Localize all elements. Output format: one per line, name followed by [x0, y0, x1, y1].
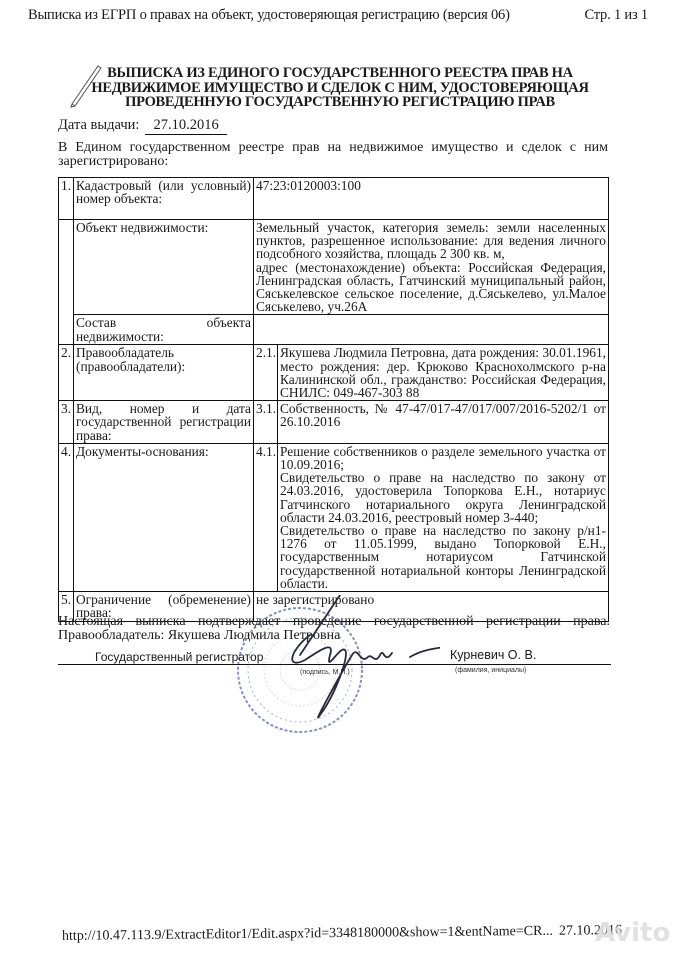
row-subnumber: 4.1. [254, 443, 278, 591]
basis-document-1: Решение собственников о разделе земельно… [280, 444, 606, 472]
row-label: Правообладатель (правообладатели): [74, 345, 254, 401]
issue-date: Дата выдачи:27.10.2016 [58, 117, 227, 135]
registrar-label: Государственный регистратор [95, 650, 263, 664]
table-row: Объект недвижимости: Земельный участок, … [59, 220, 609, 315]
name-caption: (фамилия, инициалы) [455, 667, 526, 674]
row-label: Кадастровый (или условный) номер объекта… [74, 178, 254, 220]
issue-date-label: Дата выдачи: [58, 117, 139, 133]
intro-text: В Едином государственном реестре прав на… [58, 141, 608, 169]
basis-documents: Решение собственников о разделе земельно… [278, 443, 609, 591]
row-number: 2. [59, 345, 74, 401]
row-number [59, 220, 74, 315]
row-label: Объект недвижимости: [74, 220, 254, 315]
row-number: 4. [59, 443, 74, 591]
row-number: 1. [59, 178, 74, 220]
registration-record: Собственность, № 47-47/017-47/017/007/20… [278, 401, 609, 444]
registrar-name: Курневич О. В. [450, 648, 536, 662]
table-row: 3. Вид, номер и дата государственной рег… [59, 401, 609, 444]
basis-document-2: Свидетельство о праве на наследство по з… [280, 470, 606, 525]
row-label: Документы-основания: [74, 443, 254, 591]
page-header: Выписка из ЕГРП о правах на объект, удос… [28, 7, 648, 24]
page-header-title: Выписка из ЕГРП о правах на объект, удос… [28, 7, 510, 24]
source-url: http://10.47.113.9/ExtractEditor1/Edit.a… [62, 924, 553, 945]
table-row: 4. Документы-основания: 4.1. Решение соб… [59, 443, 609, 591]
title-line-2: НЕДВИЖИМОЕ ИМУЩЕСТВО И СДЕЛОК С НИМ, УДО… [60, 81, 620, 96]
cadastral-number: 47:23:0120003:100 [254, 178, 609, 220]
avito-watermark: Avito [595, 918, 670, 948]
row-subnumber: 3.1. [254, 401, 278, 444]
property-type: Земельный участок, категория земель: зем… [256, 220, 606, 261]
property-composition [254, 315, 609, 345]
row-label: Состав объекта недвижимости: [74, 315, 254, 345]
title-line-3: ПРОВЕДЕННУЮ ГОСУДАРСТВЕННУЮ РЕГИСТРАЦИЮ … [60, 95, 620, 110]
row-number [59, 315, 74, 345]
document-title: ВЫПИСКА ИЗ ЕДИНОГО ГОСУДАРСТВЕННОГО РЕЕС… [60, 66, 620, 110]
table-row: 1. Кадастровый (или условный) номер объе… [59, 178, 609, 220]
title-line-1: ВЫПИСКА ИЗ ЕДИНОГО ГОСУДАРСТВЕННОГО РЕЕС… [60, 66, 620, 81]
page-number: Стр. 1 из 1 [584, 7, 648, 24]
rights-holder: Якушева Людмила Петровна, дата рождения:… [278, 345, 609, 401]
table-row: Состав объекта недвижимости: [59, 315, 609, 345]
issue-date-value: 27.10.2016 [145, 117, 226, 135]
page-footer: http://10.47.113.9/ExtractEditor1/Edit.a… [62, 923, 622, 945]
registry-table: 1. Кадастровый (или условный) номер объе… [58, 177, 609, 622]
row-number: 3. [59, 401, 74, 444]
property-address: адрес (местонахождение) объекта: Российс… [256, 260, 606, 315]
handwritten-signature-icon [280, 595, 440, 735]
table-row: 2. Правообладатель (правообладатели): 2.… [59, 345, 609, 401]
row-subnumber: 2.1. [254, 345, 278, 401]
basis-document-3: Свидетельство о праве на наследство по з… [280, 523, 606, 591]
row-label: Вид, номер и дата государственной регист… [74, 401, 254, 444]
property-description: Земельный участок, категория земель: зем… [254, 220, 609, 315]
